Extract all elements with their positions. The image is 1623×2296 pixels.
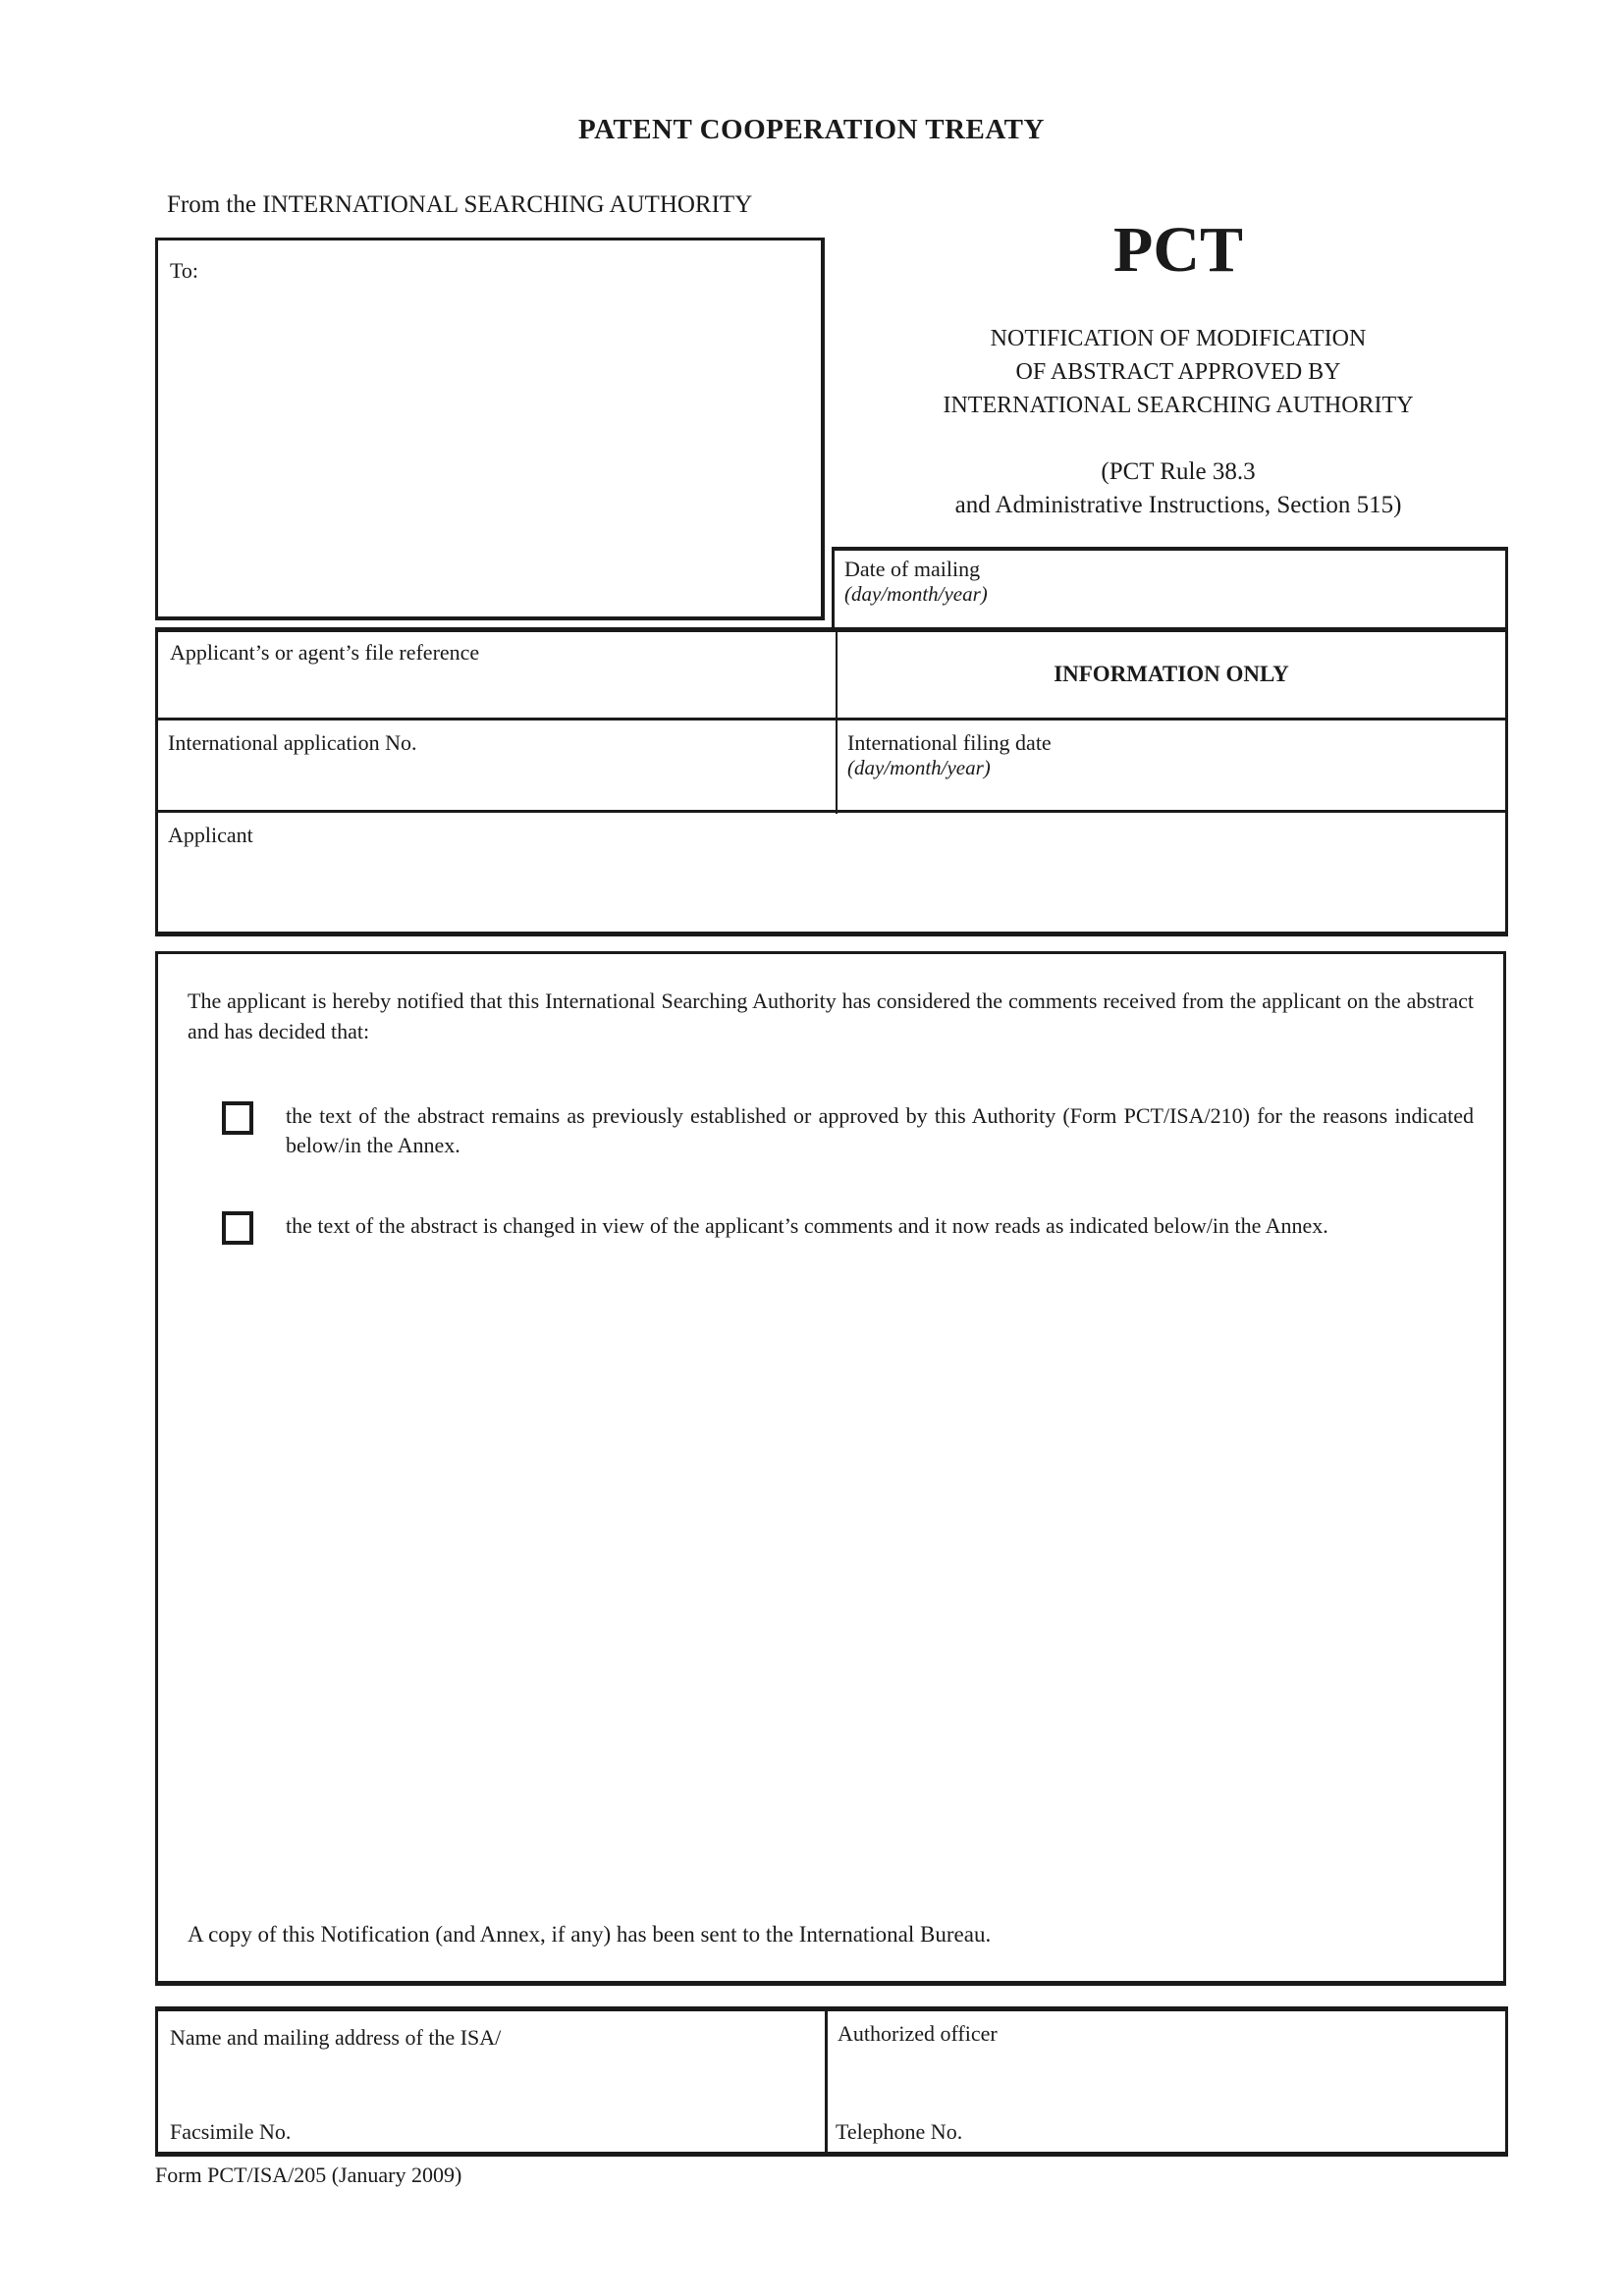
date-of-mailing-field[interactable]: Date of mailing (day/month/year) [832,547,1508,631]
form-identifier: Form PCT/ISA/205 (January 2009) [155,2163,461,2188]
rule-line: (PCT Rule 38.3 [835,455,1522,489]
information-only-banner: INFORMATION ONLY [838,662,1505,687]
copy-sent-note: A copy of this Notification (and Annex, … [188,1922,991,1948]
notice-box: The applicant is hereby notified that th… [155,951,1506,1986]
notice-intro: The applicant is hereby notified that th… [188,986,1474,1046]
applicant-field[interactable]: Applicant [158,813,1505,927]
from-authority-line: From the INTERNATIONAL SEARCHING AUTHORI… [167,191,752,219]
file-reference-field[interactable]: Applicant’s or agent’s file reference [158,632,836,718]
isa-address-field[interactable]: Name and mailing address of the ISA/ Fac… [158,2011,825,2152]
applicant-label: Applicant [168,823,253,848]
form-heading: NOTIFICATION OF MODIFICATION OF ABSTRACT… [835,322,1522,422]
heading-line: NOTIFICATION OF MODIFICATION [835,322,1522,355]
authorized-officer-label: Authorized officer [838,2021,998,2047]
application-info-grid: Applicant’s or agent’s file reference IN… [155,627,1508,936]
option-abstract-changed-text: the text of the abstract is changed in v… [286,1211,1474,1241]
option-abstract-changed-checkbox[interactable] [222,1211,253,1245]
date-format-hint: (day/month/year) [844,582,988,607]
to-label: To: [170,258,198,284]
abstract-text-area[interactable] [188,1268,1474,1906]
option-abstract-unchanged-text: the text of the abstract remains as prev… [286,1101,1474,1160]
addressee-box[interactable]: To: [155,238,825,620]
filing-date-field[interactable]: International filing date (day/month/yea… [838,721,1505,810]
pct-logo: PCT [835,218,1522,283]
date-of-mailing-label: Date of mailing [844,557,980,582]
heading-line: INTERNATIONAL SEARCHING AUTHORITY [835,389,1522,422]
filing-date-format-hint: (day/month/year) [847,756,991,780]
authority-signature-box: Name and mailing address of the ISA/ Fac… [155,2006,1508,2157]
rule-reference: (PCT Rule 38.3 and Administrative Instru… [835,455,1522,522]
page-title: PATENT COOPERATION TREATY [0,114,1623,146]
file-reference-label: Applicant’s or agent’s file reference [170,640,479,666]
telephone-label: Telephone No. [836,2119,962,2145]
authorized-officer-field[interactable]: Authorized officer Telephone No. [828,2011,1505,2152]
facsimile-label: Facsimile No. [170,2119,291,2145]
application-number-field[interactable]: International application No. [158,721,836,810]
rule-line: and Administrative Instructions, Section… [835,489,1522,522]
heading-line: OF ABSTRACT APPROVED BY [835,355,1522,389]
option-abstract-unchanged-checkbox[interactable] [222,1101,253,1135]
filing-date-label: International filing date [847,730,1052,756]
application-number-label: International application No. [168,730,417,756]
isa-address-label: Name and mailing address of the ISA/ [170,2025,501,2051]
